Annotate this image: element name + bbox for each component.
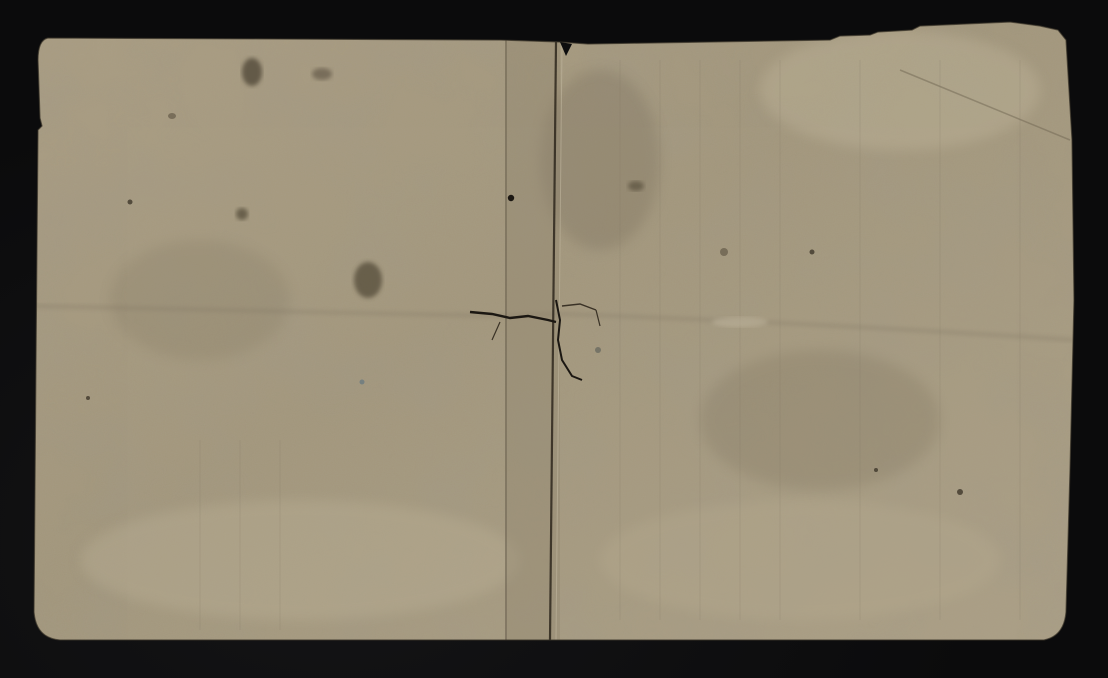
photo-scene: Reverse side of an aged paper note (0, 0, 1108, 678)
aged-paper-note (0, 0, 1108, 678)
